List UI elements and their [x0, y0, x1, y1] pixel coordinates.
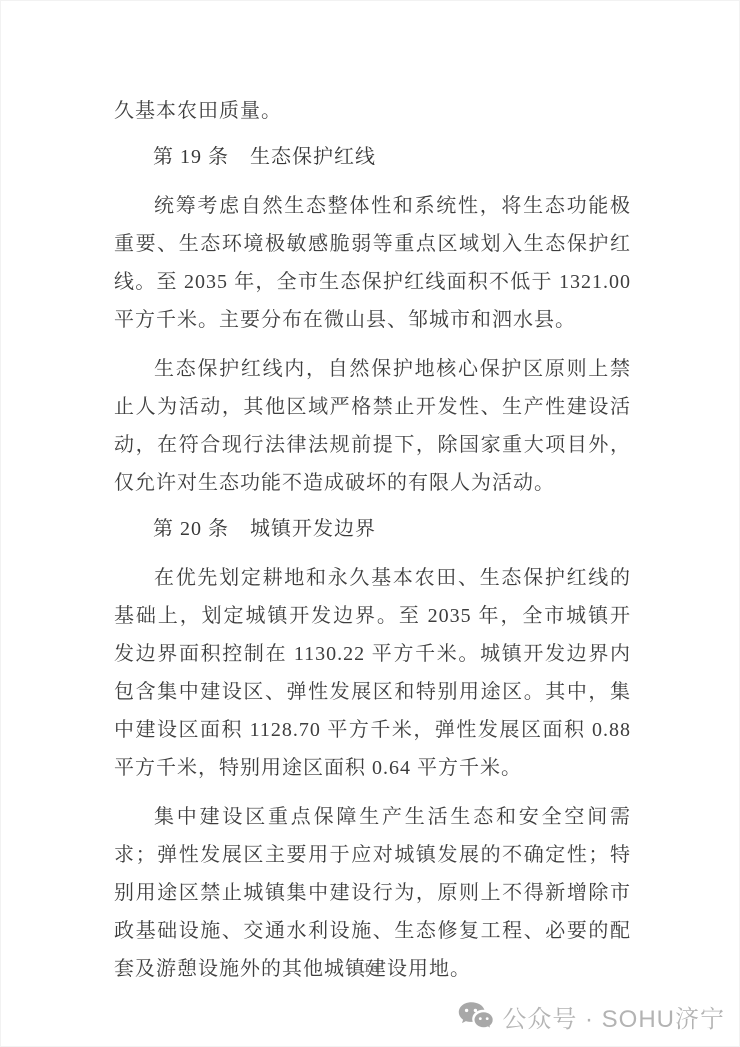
- body-paragraph: 统筹考虑自然生态整体性和系统性，将生态功能极重要、生态环境极敏感脆弱等重点区域划…: [114, 187, 631, 339]
- page-number: 16: [1, 961, 740, 977]
- section-heading-article-19: 第 19 条 生态保护红线: [114, 138, 631, 176]
- intro-line: 久基本农田质量。: [114, 92, 631, 130]
- body-paragraph: 在优先划定耕地和永久基本农田、生态保护红线的基础上，划定城镇开发边界。至 203…: [114, 559, 631, 787]
- body-paragraph: 集中建设区重点保障生产生活生态和安全空间需求；弹性发展区主要用于应对城镇发展的不…: [114, 798, 631, 988]
- document-page: 久基本农田质量。 第 19 条 生态保护红线 统筹考虑自然生态整体性和系统性，将…: [0, 0, 740, 1047]
- page-content: 久基本农田质量。 第 19 条 生态保护红线 统筹考虑自然生态整体性和系统性，将…: [114, 92, 631, 988]
- wechat-icon: [458, 1001, 494, 1033]
- body-paragraph: 生态保护红线内，自然保护地核心保护区原则上禁止人为活动，其他区域严格禁止开发性、…: [114, 350, 631, 502]
- watermark: 公众号 · SOHU济宁: [458, 999, 725, 1034]
- section-heading-article-20: 第 20 条 城镇开发边界: [114, 510, 631, 548]
- watermark-text: 公众号 · SOHU济宁: [502, 999, 725, 1034]
